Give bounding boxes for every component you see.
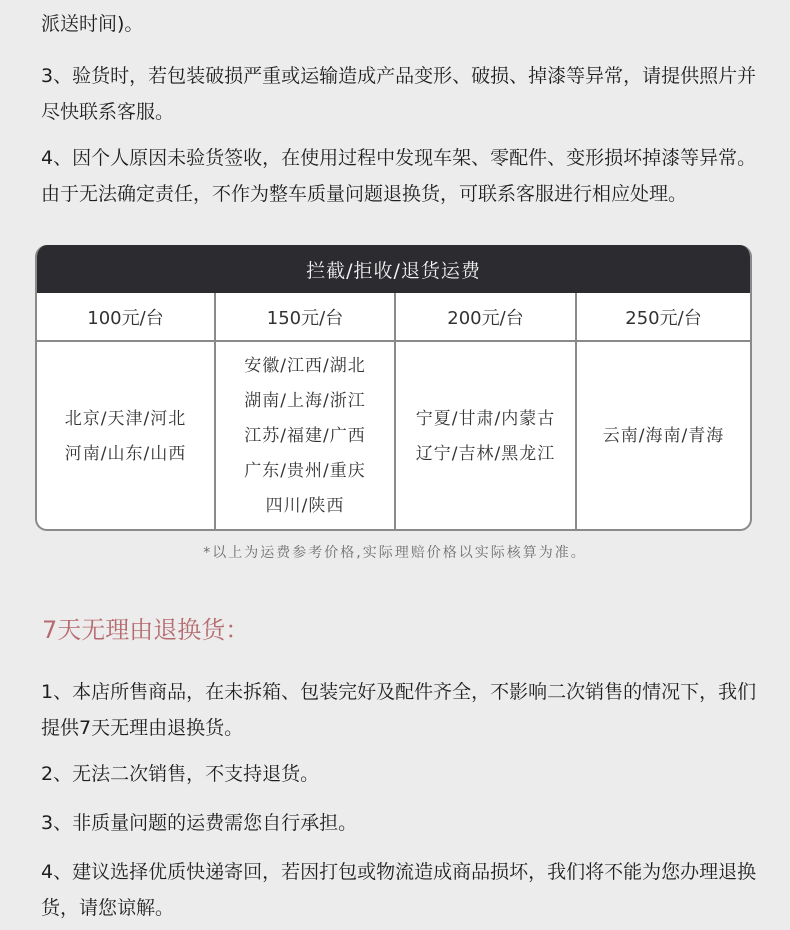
region-line: 辽宁/吉林/黑龙江 — [416, 437, 555, 472]
region-line: 河南/山东/山西 — [65, 437, 186, 472]
region-cell-250: 云南/海南/青海 — [577, 342, 750, 531]
region-cell-100: 北京/天津/河北 河南/山东/山西 — [37, 342, 216, 531]
region-line: 云南/海南/青海 — [603, 419, 724, 454]
shipping-fee-table: 拦截/拒收/退货运费 100元/台 150元/台 200元/台 250元/台 北… — [35, 245, 752, 531]
price-cell-250: 250元/台 — [577, 293, 750, 340]
return-item-4: 4、建议选择优质快递寄回，若因打包或物流造成商品损坏，我们将不能为您办理退换货，… — [41, 854, 771, 926]
region-row: 北京/天津/河北 河南/山东/山西 安徽/江西/湖北 湖南/上海/浙江 江苏/福… — [37, 342, 750, 531]
region-line: 广东/贵州/重庆 — [244, 454, 365, 489]
region-line: 北京/天津/河北 — [65, 402, 186, 437]
return-item-2: 2、无法二次销售，不支持退货。 — [41, 756, 771, 792]
region-line: 江苏/福建/广西 — [244, 419, 365, 454]
price-cell-200: 200元/台 — [396, 293, 577, 340]
price-cell-100: 100元/台 — [37, 293, 216, 340]
region-cell-200: 宁夏/甘肃/内蒙古 辽宁/吉林/黑龙江 — [396, 342, 577, 531]
return-item-3: 3、非质量问题的运费需您自行承担。 — [41, 805, 771, 841]
inspection-item-4: 4、因个人原因未验货签收，在使用过程中发现车架、零配件、变形损坏掉漆等异常。由于… — [41, 140, 771, 212]
shipping-note-continued: 派送时间)。 — [41, 6, 771, 42]
region-line: 湖南/上海/浙江 — [244, 384, 365, 419]
price-cell-150: 150元/台 — [216, 293, 396, 340]
inspection-item-3: 3、验货时，若包装破损严重或运输造成产品变形、破损、掉漆等异常，请提供照片并尽快… — [41, 58, 771, 130]
return-item-1: 1、本店所售商品，在未拆箱、包装完好及配件齐全，不影响二次销售的情况下，我们提供… — [41, 674, 771, 746]
region-line: 宁夏/甘肃/内蒙古 — [416, 402, 555, 437]
price-row: 100元/台 150元/台 200元/台 250元/台 — [37, 293, 750, 342]
region-line: 安徽/江西/湖北 — [244, 349, 365, 384]
region-cell-150: 安徽/江西/湖北 湖南/上海/浙江 江苏/福建/广西 广东/贵州/重庆 四川/陕… — [216, 342, 396, 531]
fee-disclaimer: *以上为运费参考价格,实际理赔价格以实际核算为准。 — [0, 542, 790, 562]
fee-table-title: 拦截/拒收/退货运费 — [37, 245, 750, 293]
region-line: 四川/陕西 — [266, 489, 345, 524]
return-policy-title: 7天无理由退换货： — [42, 610, 249, 645]
